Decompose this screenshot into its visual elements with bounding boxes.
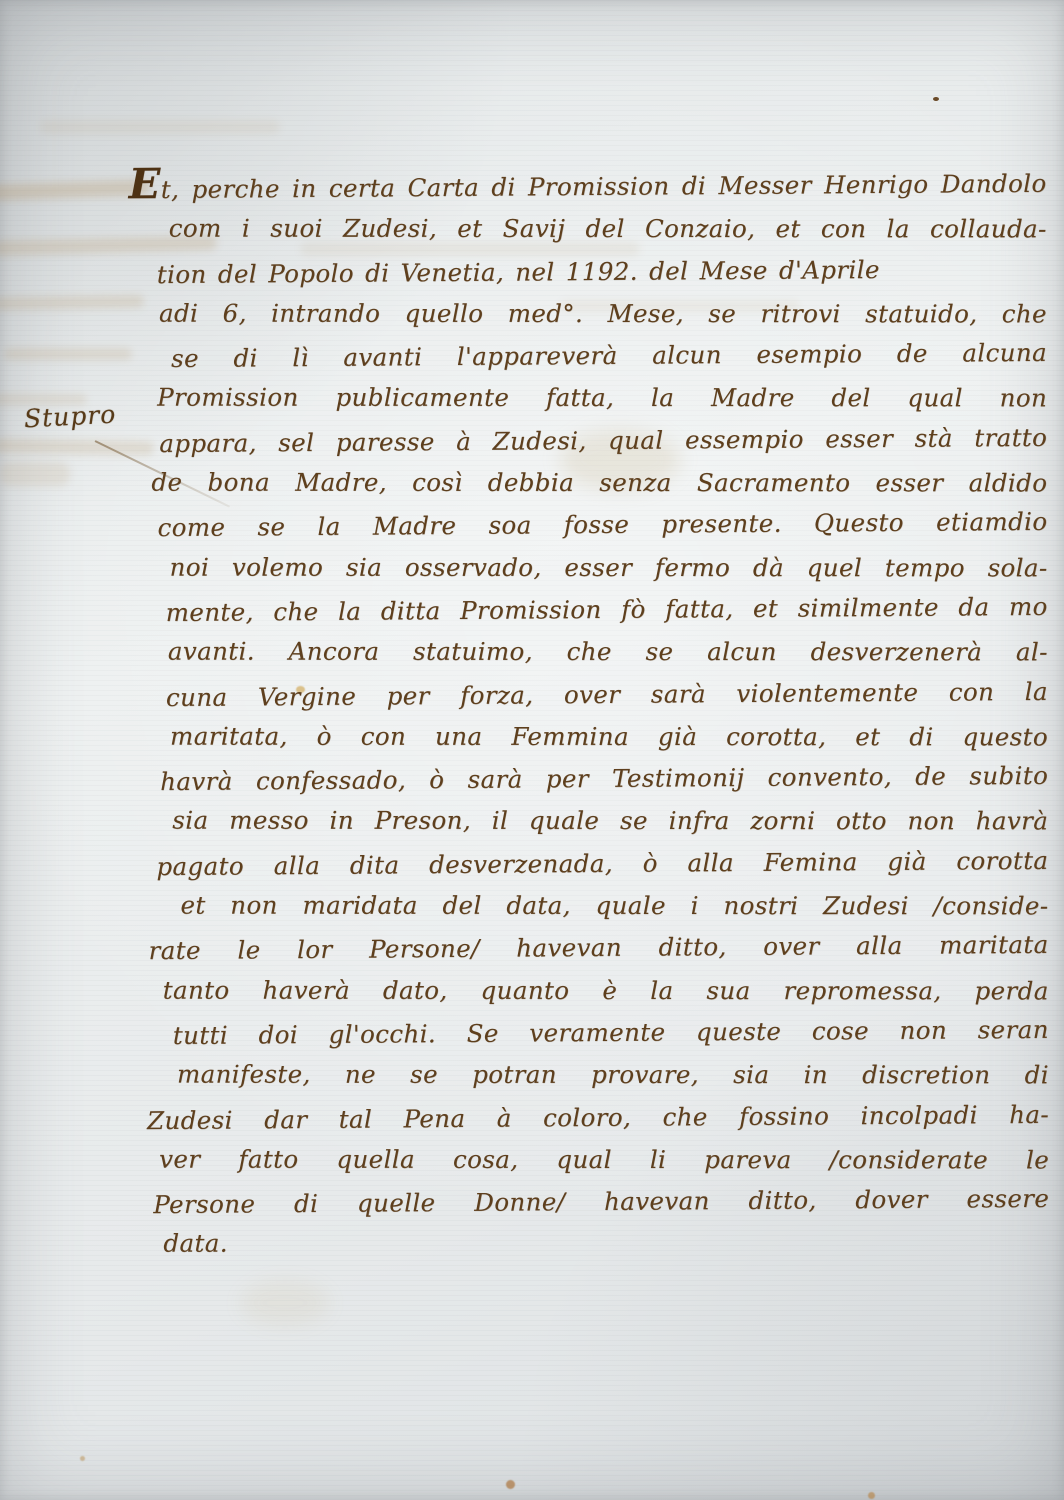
manuscript-line: tutti doi gl'occhi. Se veramente queste …	[173, 1009, 1049, 1057]
manuscript-line: Zudesi dar tal Pena à coloro, che fossin…	[147, 1093, 1049, 1142]
manuscript-line: sia messo in Preson, il quale se infra z…	[172, 800, 1048, 843]
manuscript-line: adi 6, intrando quello med°. Mese, se ri…	[159, 292, 1047, 335]
paper-stain	[240, 1280, 330, 1326]
manuscript-line: se di lì avanti l'appareverà alcun esemp…	[171, 332, 1047, 380]
manuscript-line: mente, che la ditta Promission fò fatta,…	[166, 586, 1048, 634]
manuscript-line: appara, sel paresse à Zudesi, qual essem…	[159, 417, 1047, 465]
manuscript-line: avanti. Ancora statuimo, che se alcun de…	[168, 631, 1048, 674]
bleed-through-mark	[0, 295, 144, 311]
manuscript-line: de bona Madre, così debbia senza Sacrame…	[151, 462, 1047, 505]
manuscript-line: maritata, ò con una Femmina già corotta,…	[170, 715, 1048, 758]
bleed-through-mark	[4, 348, 132, 360]
manuscript-line: et non maridata del data, quale i nostri…	[180, 885, 1048, 928]
manuscript-line: cuna Vergine per forza, over sarà violen…	[166, 670, 1048, 718]
ink-speck	[933, 97, 939, 101]
manuscript-line: tion del Popolo di Venetia, nel 1192. de…	[157, 247, 1047, 296]
foxing-spot	[80, 1456, 85, 1461]
bleed-through-mark	[0, 462, 70, 486]
manuscript-line: noi volemo sia osservado, esser fermo dà…	[170, 546, 1048, 589]
bleed-through-mark	[40, 120, 280, 134]
manuscript-line: rate le lor Persone/ havevan ditto, over…	[148, 924, 1048, 973]
manuscript-line: com i suoi Zudesi, et Savij del Conzaio,…	[169, 208, 1047, 251]
manuscript-line: Persone di quelle Donne/ havevan ditto, …	[153, 1178, 1049, 1227]
manuscript-line: data.	[163, 1223, 1049, 1266]
manuscript-line: come se la Madre soa fosse presente. Que…	[157, 501, 1047, 550]
manuscript-text-block: Et, perche in certa Carta di Promission …	[129, 159, 1050, 1267]
margin-note-stupro: Stupro	[23, 400, 117, 434]
manuscript-line: Et, perche in certa Carta di Promission …	[128, 157, 1046, 212]
manuscript-line: Promission publicamente fatta, la Madre …	[157, 377, 1047, 420]
manuscript-line: ver fatto quella cosa, qual li pareva /c…	[159, 1138, 1049, 1181]
manuscript-line: pagato alla dita desverzenada, ò alla Fe…	[156, 840, 1048, 889]
manuscript-page: Stupro Et, perche in certa Carta di Prom…	[0, 0, 1064, 1500]
manuscript-line: havrà confessado, ò sarà per Testimonij …	[160, 755, 1048, 803]
foxing-spot	[868, 1492, 875, 1499]
manuscript-line: tanto haverà dato, quanto è la sua repro…	[163, 969, 1049, 1012]
foxing-spot	[506, 1480, 515, 1489]
manuscript-line: manifeste, ne se potran provare, sia in …	[177, 1054, 1049, 1097]
